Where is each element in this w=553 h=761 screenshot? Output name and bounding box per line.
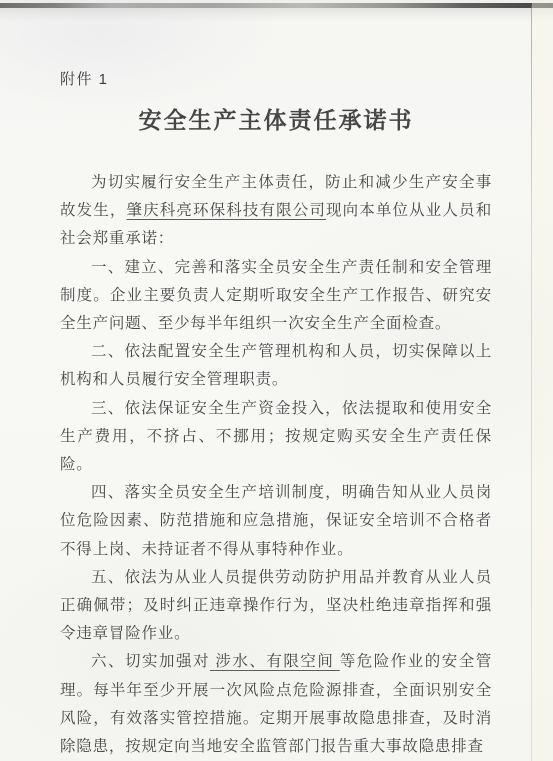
scan-edge-shadow-soft bbox=[0, 8, 553, 22]
document-body: 为切实履行安全生产主体责任，防止和减少生产安全事故发生，肇庆科亮环保科技有限公司… bbox=[60, 169, 492, 761]
paragraph-text: 一、建立、完善和落实全员安全生产责任制和安全管理制度。企业主要负责人定期听取安全… bbox=[60, 259, 492, 332]
paragraph-text: 五、依法为从业人员提供劳动防护用品并教育从业人员正确佩带；及时纠正违章操作行为，… bbox=[60, 569, 492, 642]
scanned-page: 附件 1 安全生产主体责任承诺书 为切实履行安全生产主体责任，防止和减少生产安全… bbox=[0, 0, 553, 761]
body-paragraph-item-2: 二、依法配置安全生产管理机构和人员，切实保障以上机构和人员履行安全管理职责。 bbox=[60, 338, 492, 394]
paragraph-text: 二、依法配置安全生产管理机构和人员，切实保障以上机构和人员履行安全管理职责。 bbox=[60, 343, 492, 388]
body-paragraph-item-3: 三、依法保证安全生产资金投入，依法提取和使用安全生产费用，不挤占、不挪用；按规定… bbox=[60, 395, 492, 480]
body-paragraph-intro: 为切实履行安全生产主体责任，防止和减少生产安全事故发生，肇庆科亮环保科技有限公司… bbox=[60, 169, 492, 254]
page-edge-line bbox=[531, 5, 532, 761]
paragraph-text: 四、落实全员安全生产培训制度，明确告知从业人员岗位危险因素、防范措施和应急措施，… bbox=[60, 484, 492, 557]
attachment-label: 附件 1 bbox=[60, 68, 492, 89]
underlined-company-name: 肇庆科亮环保科技有限公司 bbox=[127, 202, 327, 219]
body-paragraph-item-1: 一、建立、完善和落实全员安全生产责任制和安全管理制度。企业主要负责人定期听取安全… bbox=[60, 254, 492, 339]
underlined-hazard-terms: 涉水、有限空间 bbox=[210, 653, 340, 670]
body-paragraph-item-6: 六、切实加强对 涉水、有限空间 等危险作业的安全管理。每半年至少开展一次风险点危… bbox=[60, 648, 492, 761]
paragraph-text: 六、切实加强对 bbox=[91, 653, 210, 670]
body-paragraph-item-5: 五、依法为从业人员提供劳动防护用品并教育从业人员正确佩带；及时纠正违章操作行为，… bbox=[60, 564, 492, 649]
page-edge-tint bbox=[532, 0, 553, 761]
body-paragraph-item-4: 四、落实全员安全生产培训制度，明确告知从业人员岗位危险因素、防范措施和应急措施，… bbox=[60, 479, 492, 564]
paragraph-text: 三、依法保证安全生产资金投入，依法提取和使用安全生产费用，不挤占、不挪用；按规定… bbox=[60, 400, 492, 473]
document-content: 附件 1 安全生产主体责任承诺书 为切实履行安全生产主体责任，防止和减少生产安全… bbox=[60, 68, 492, 761]
document-title: 安全生产主体责任承诺书 bbox=[60, 102, 492, 135]
